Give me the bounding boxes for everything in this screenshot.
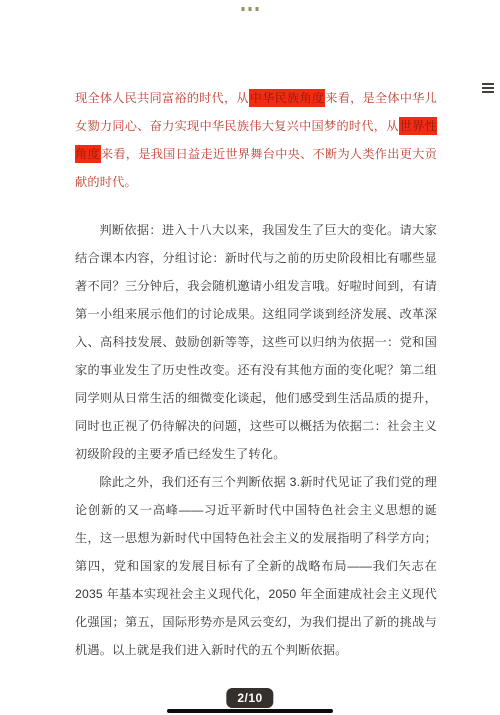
more-options-icon[interactable] (240, 5, 261, 13)
paragraph: 除此之外，我们还有三个判断依据 3.新时代见证了我们党的理论创新的又一高峰——习… (75, 468, 437, 664)
text-run: 除此之外，我们还有三个判断依据 3.新时代见证了我们党的理论创新的又一高峰——习… (75, 475, 437, 657)
reader-page: 现全体人民共同富裕的时代，从中华民族角度来看，是全体中华儿女勠力同心、奋力实现中… (0, 0, 500, 715)
menu-icon[interactable] (480, 81, 496, 95)
document-text: 现全体人民共同富裕的时代，从中华民族角度来看，是全体中华儿女勠力同心、奋力实现中… (75, 84, 437, 664)
text-run: 来看，是我国日益走近世界舞台中央、不断为人类作出更大贡献的时代。 (75, 147, 437, 189)
text-run: 判断依据：进入十八大以来，我国发生了巨大的变化。请大家结合课本内容，分组讨论：新… (75, 223, 437, 461)
paragraph: 现全体人民共同富裕的时代，从中华民族角度来看，是全体中华儿女勠力同心、奋力实现中… (75, 84, 437, 196)
home-indicator-bar[interactable] (167, 709, 333, 713)
menu-icon-bar (482, 83, 494, 85)
page-indicator-badge: 2/10 (226, 688, 273, 708)
more-options-dot (249, 7, 252, 11)
paragraph: 判断依据：进入十八大以来，我国发生了巨大的变化。请大家结合课本内容，分组讨论：新… (75, 216, 437, 468)
menu-icon-bar (482, 87, 494, 89)
menu-icon-bar (482, 91, 494, 93)
text-highlight[interactable]: 中华民族角度 (249, 89, 325, 107)
text-run: 现全体人民共同富裕的时代，从 (75, 91, 249, 105)
more-options-dot (242, 7, 245, 11)
more-options-dot (256, 7, 259, 11)
